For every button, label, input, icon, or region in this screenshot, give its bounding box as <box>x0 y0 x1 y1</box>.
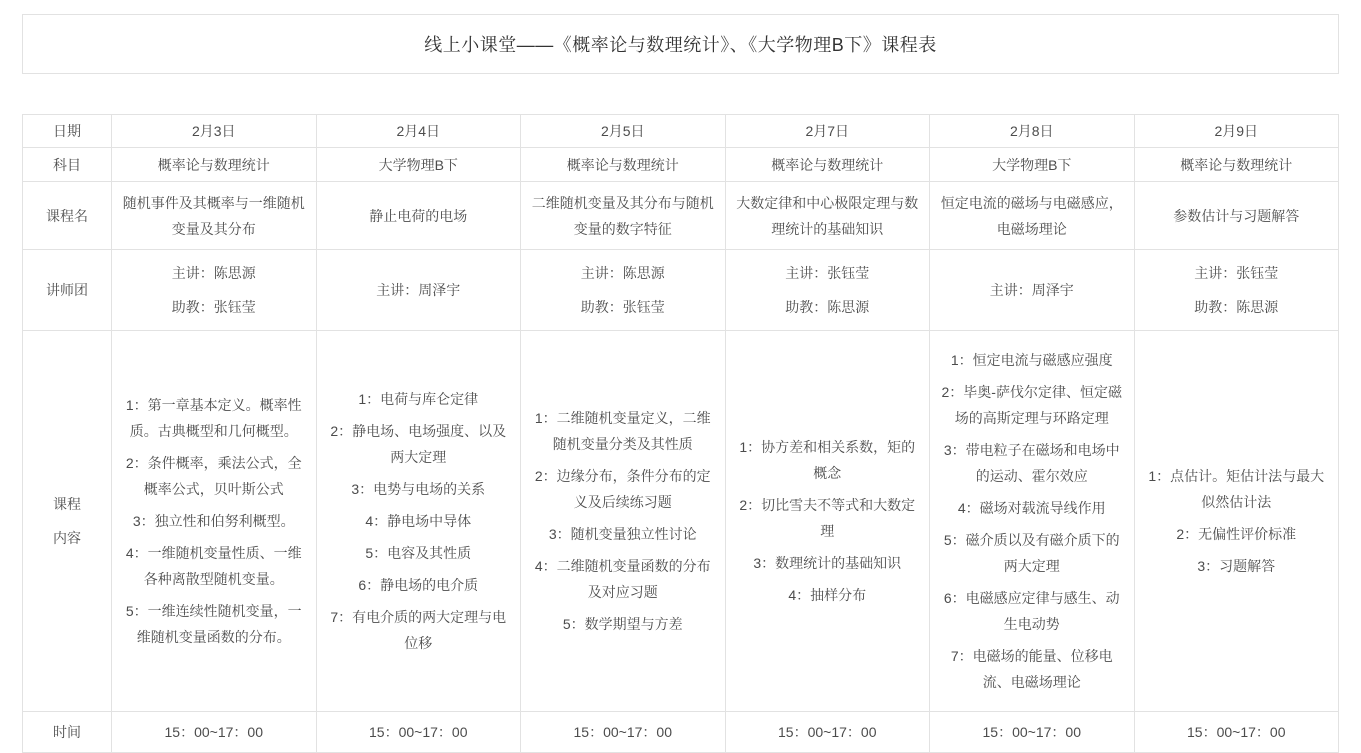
content-cell: 1：二维随机变量定义，二维随机变量分类及其性质2：边缘分布，条件分布的定义及后续… <box>521 331 726 712</box>
content-item: 6：静电场的电介质 <box>325 572 513 598</box>
row-label-content-line: 课程 <box>31 491 103 517</box>
lecturer-line: 主讲：张钰莹 <box>1143 260 1331 286</box>
subject-cell: 大学物理B下 <box>316 148 521 182</box>
subject-cell: 概率论与数理统计 <box>112 148 317 182</box>
content-item: 2：毕奥-萨伐尔定律、恒定磁场的高斯定理与环路定理 <box>938 379 1126 431</box>
content-item: 2：边缘分布，条件分布的定义及后续练习题 <box>529 463 717 515</box>
content-item: 1：恒定电流与磁感应强度 <box>938 347 1126 373</box>
content-item: 2：静电场、电场强度、以及两大定理 <box>325 418 513 470</box>
date-cell: 2月8日 <box>930 115 1135 148</box>
content-item: 7：有电介质的两大定理与电位移 <box>325 604 513 656</box>
content-item: 1：协方差和相关系数，矩的概念 <box>734 434 922 486</box>
lecturer-line: 助教：张钰莹 <box>529 294 717 320</box>
lecturer-line: 主讲：周泽宇 <box>325 277 513 303</box>
content-item: 5：磁介质以及有磁介质下的两大定理 <box>938 527 1126 579</box>
lecturers-cell: 主讲：陈思源助教：张钰莹 <box>521 250 726 331</box>
content-item: 1：第一章基本定义。概率性质。古典概型和几何概型。 <box>120 392 308 444</box>
time-cell: 15：00~17：00 <box>930 712 1135 753</box>
course-name-cell: 大数定律和中心极限定理与数理统计的基础知识 <box>725 182 930 250</box>
date-cell: 2月3日 <box>112 115 317 148</box>
course-name-cell: 二维随机变量及其分布与随机变量的数字特征 <box>521 182 726 250</box>
content-item: 3：随机变量独立性讨论 <box>529 521 717 547</box>
content-item: 4：二维随机变量函数的分布及对应习题 <box>529 553 717 605</box>
content-cell: 1：点估计。矩估计法与最大似然估计法2：无偏性评价标准3：习题解答 <box>1134 331 1339 712</box>
time-cell: 15：00~17：00 <box>112 712 317 753</box>
lecturer-line: 主讲：张钰莹 <box>734 260 922 286</box>
subject-cell: 概率论与数理统计 <box>725 148 930 182</box>
content-item: 2：条件概率，乘法公式，全概率公式，贝叶斯公式 <box>120 450 308 502</box>
date-cell: 2月7日 <box>725 115 930 148</box>
content-item: 6：电磁感应定律与感生、动生电动势 <box>938 585 1126 637</box>
content-cell: 1：协方差和相关系数，矩的概念2：切比雪夫不等式和大数定理3：数理统计的基础知识… <box>725 331 930 712</box>
content-item: 1：点估计。矩估计法与最大似然估计法 <box>1143 463 1331 515</box>
lecturer-line: 主讲：周泽宇 <box>938 277 1126 303</box>
content-item: 4：静电场中导体 <box>325 508 513 534</box>
date-cell: 2月5日 <box>521 115 726 148</box>
row-label-time: 时间 <box>23 712 112 753</box>
content-item: 2：切比雪夫不等式和大数定理 <box>734 492 922 544</box>
content-item: 2：无偏性评价标准 <box>1143 521 1331 547</box>
content-cell: 1：恒定电流与磁感应强度2：毕奥-萨伐尔定律、恒定磁场的高斯定理与环路定理3：带… <box>930 331 1135 712</box>
table-row-time: 时间 15：00~17：00 15：00~17：00 15：00~17：00 1… <box>23 712 1339 753</box>
content-cell: 1：第一章基本定义。概率性质。古典概型和几何概型。2：条件概率，乘法公式，全概率… <box>112 331 317 712</box>
content-item: 3：独立性和伯努利概型。 <box>120 508 308 534</box>
page-title-box: 线上小课堂——《概率论与数理统计》、《大学物理B下》课程表 <box>22 14 1339 74</box>
course-name-cell: 恒定电流的磁场与电磁感应，电磁场理论 <box>930 182 1135 250</box>
date-cell: 2月9日 <box>1134 115 1339 148</box>
lecturer-line: 助教：陈思源 <box>734 294 922 320</box>
content-item: 4：抽样分布 <box>734 582 922 608</box>
row-label-content-line: 内容 <box>31 525 103 551</box>
time-cell: 15：00~17：00 <box>725 712 930 753</box>
table-row-date: 日期 2月3日 2月4日 2月5日 2月7日 2月8日 2月9日 <box>23 115 1339 148</box>
date-cell: 2月4日 <box>316 115 521 148</box>
content-item: 3：电势与电场的关系 <box>325 476 513 502</box>
course-schedule-table: 日期 2月3日 2月4日 2月5日 2月7日 2月8日 2月9日 科目 概率论与… <box>22 114 1339 753</box>
content-item: 1：电荷与库仑定律 <box>325 386 513 412</box>
table-row-lecturers: 讲师团 主讲：陈思源助教：张钰莹 主讲：周泽宇 主讲：陈思源助教：张钰莹 主讲：… <box>23 250 1339 331</box>
row-label-course-name: 课程名 <box>23 182 112 250</box>
subject-cell: 概率论与数理统计 <box>1134 148 1339 182</box>
table-row-content: 课程内容 1：第一章基本定义。概率性质。古典概型和几何概型。2：条件概率，乘法公… <box>23 331 1339 712</box>
table-row-course-name: 课程名 随机事件及其概率与一维随机变量及其分布 静止电荷的电场 二维随机变量及其… <box>23 182 1339 250</box>
lecturer-line: 助教：张钰莹 <box>120 294 308 320</box>
course-name-cell: 随机事件及其概率与一维随机变量及其分布 <box>112 182 317 250</box>
content-item: 3：习题解答 <box>1143 553 1331 579</box>
lecturers-cell: 主讲：周泽宇 <box>316 250 521 331</box>
content-item: 4：一维随机变量性质、一维各种离散型随机变量。 <box>120 540 308 592</box>
time-cell: 15：00~17：00 <box>316 712 521 753</box>
lecturer-line: 主讲：陈思源 <box>120 260 308 286</box>
row-label-date: 日期 <box>23 115 112 148</box>
lecturer-line: 主讲：陈思源 <box>529 260 717 286</box>
content-item: 4：磁场对载流导线作用 <box>938 495 1126 521</box>
lecturer-line: 助教：陈思源 <box>1143 294 1331 320</box>
subject-cell: 大学物理B下 <box>930 148 1135 182</box>
row-label-content: 课程内容 <box>23 331 112 712</box>
time-cell: 15：00~17：00 <box>521 712 726 753</box>
lecturers-cell: 主讲：张钰莹助教：陈思源 <box>725 250 930 331</box>
content-item: 3：带电粒子在磁场和电场中的运动、霍尔效应 <box>938 437 1126 489</box>
table-row-subject: 科目 概率论与数理统计 大学物理B下 概率论与数理统计 概率论与数理统计 大学物… <box>23 148 1339 182</box>
page-title: 线上小课堂——《概率论与数理统计》、《大学物理B下》课程表 <box>424 31 937 57</box>
content-item: 7：电磁场的能量、位移电流、电磁场理论 <box>938 643 1126 695</box>
course-name-cell: 静止电荷的电场 <box>316 182 521 250</box>
row-label-lecturers: 讲师团 <box>23 250 112 331</box>
content-item: 5：一维连续性随机变量，一维随机变量函数的分布。 <box>120 598 308 650</box>
course-name-cell: 参数估计与习题解答 <box>1134 182 1339 250</box>
lecturers-cell: 主讲：周泽宇 <box>930 250 1135 331</box>
subject-cell: 概率论与数理统计 <box>521 148 726 182</box>
content-item: 5：电容及其性质 <box>325 540 513 566</box>
row-label-subject: 科目 <box>23 148 112 182</box>
time-cell: 15：00~17：00 <box>1134 712 1339 753</box>
lecturers-cell: 主讲：张钰莹助教：陈思源 <box>1134 250 1339 331</box>
lecturers-cell: 主讲：陈思源助教：张钰莹 <box>112 250 317 331</box>
content-item: 1：二维随机变量定义，二维随机变量分类及其性质 <box>529 405 717 457</box>
content-item: 5：数学期望与方差 <box>529 611 717 637</box>
content-item: 3：数理统计的基础知识 <box>734 550 922 576</box>
content-cell: 1：电荷与库仑定律2：静电场、电场强度、以及两大定理3：电势与电场的关系4：静电… <box>316 331 521 712</box>
